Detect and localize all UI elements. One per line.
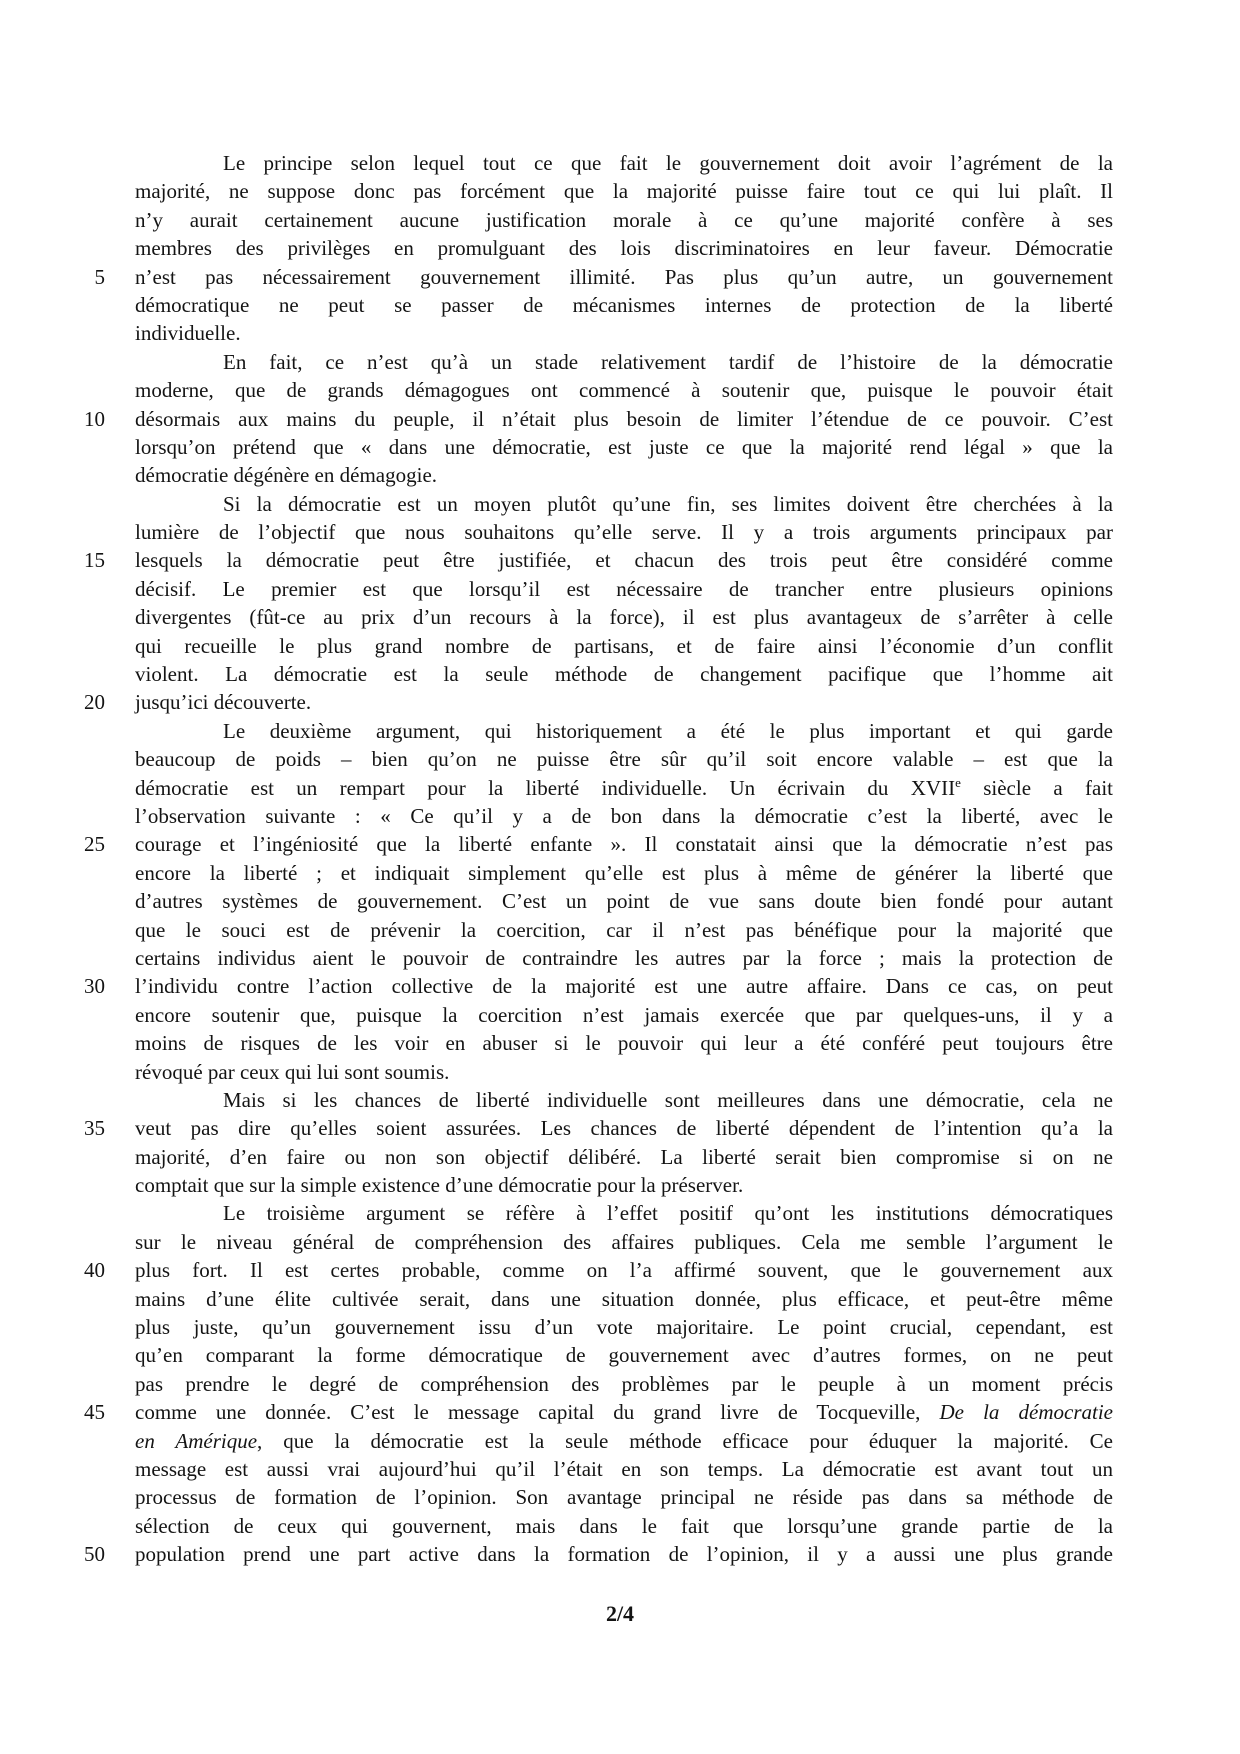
text-line: que le souci est de prévenir la coerciti… [135, 916, 1113, 944]
text-line: qu’en comparant la forme démocratique de… [135, 1341, 1113, 1369]
text-line: Le deuxième argument, qui historiquement… [135, 717, 1113, 745]
text-segment: plus fort. Il est certes probable, comme… [135, 1258, 1113, 1282]
line-number: 45 [84, 1398, 105, 1426]
text-segment: mains d’une élite cultivée serait, dans … [135, 1287, 1113, 1311]
text-line: sur le niveau général de compréhension d… [135, 1228, 1113, 1256]
line-number: 50 [84, 1540, 105, 1568]
text-line: pas prendre le degré de compréhension de… [135, 1370, 1113, 1398]
text-line: révoqué par ceux qui lui sont soumis. [135, 1058, 1113, 1086]
text-segment: comptait que sur la simple existence d’u… [135, 1173, 743, 1197]
text-segment: courage et l’ingéniosité que la liberté … [135, 832, 1113, 856]
text-segment: moderne, que de grands démagogues ont co… [135, 378, 1113, 402]
text-line: En fait, ce n’est qu’à un stade relative… [135, 348, 1113, 376]
line-number: 30 [84, 972, 105, 1000]
text-segment: l’individu contre l’action collective de… [135, 974, 1113, 998]
text-segment: encore soutenir que, puisque la coerciti… [135, 1003, 1113, 1027]
text-segment: sur le niveau général de compréhension d… [135, 1230, 1113, 1254]
text-line: 45comme une donnée. C’est le message cap… [135, 1398, 1113, 1426]
text-segment: comme une donnée. C’est le message capit… [135, 1400, 940, 1424]
text-line: 30l’individu contre l’action collective … [135, 972, 1113, 1000]
text-column: Le principe selon lequel tout ce que fai… [135, 149, 1113, 1569]
italic-text: en Amérique [135, 1429, 257, 1453]
text-line: violent. La démocratie est la seule méth… [135, 660, 1113, 688]
text-segment: démocratie est un rempart pour la libert… [135, 776, 955, 800]
line-number: 5 [95, 263, 106, 291]
text-segment: moins de risques de les voir en abuser s… [135, 1031, 1113, 1055]
text-line: lorsqu’on prétend que « dans une démocra… [135, 433, 1113, 461]
text-segment: que le souci est de prévenir la coerciti… [135, 918, 1113, 942]
text-line: qui recueille le plus grand nombre de pa… [135, 632, 1113, 660]
text-line: majorité, d’en faire ou non son objectif… [135, 1143, 1113, 1171]
text-segment: révoqué par ceux qui lui sont soumis. [135, 1060, 449, 1084]
text-line: moins de risques de les voir en abuser s… [135, 1029, 1113, 1057]
text-segment: violent. La démocratie est la seule méth… [135, 662, 1113, 686]
text-segment: n’y aurait certainement aucune justifica… [135, 208, 1113, 232]
document-page: Le principe selon lequel tout ce que fai… [0, 0, 1240, 1754]
page-footer: 2/4 [0, 1600, 1240, 1628]
text-line: 35veut pas dire qu’elles soient assurées… [135, 1114, 1113, 1142]
text-segment: plus juste, qu’un gouvernement issu d’un… [135, 1315, 1113, 1339]
text-line: lumière de l’objectif que nous souhaiton… [135, 518, 1113, 546]
text-segment: , que la démocratie est la seule méthode… [257, 1429, 1113, 1453]
text-line: l’observation suivante : « Ce qu’il y a … [135, 802, 1113, 830]
text-segment: veut pas dire qu’elles soient assurées. … [135, 1116, 1113, 1140]
text-segment: décisif. Le premier est que lorsqu’il es… [135, 577, 1113, 601]
line-number: 15 [84, 546, 105, 574]
line-number: 35 [84, 1114, 105, 1142]
text-segment: processus de formation de l’opinion. Son… [135, 1485, 1113, 1509]
text-line: 20jusqu’ici découverte. [135, 688, 1113, 716]
text-segment: certains individus aient le pouvoir de c… [135, 946, 1113, 970]
text-segment: individuelle. [135, 321, 241, 345]
text-line: mains d’une élite cultivée serait, dans … [135, 1285, 1113, 1313]
text-line: moderne, que de grands démagogues ont co… [135, 376, 1113, 404]
text-segment: jusqu’ici découverte. [135, 690, 311, 714]
text-segment: qu’en comparant la forme démocratique de… [135, 1343, 1113, 1367]
text-line: processus de formation de l’opinion. Son… [135, 1483, 1113, 1511]
text-line: Si la démocratie est un moyen plutôt qu’… [135, 490, 1113, 518]
page-number: 2/4 [606, 1601, 634, 1626]
text-segment: En fait, ce n’est qu’à un stade relative… [223, 350, 1113, 374]
text-line: en Amérique, que la démocratie est la se… [135, 1427, 1113, 1455]
text-line: décisif. Le premier est que lorsqu’il es… [135, 575, 1113, 603]
text-line: divergentes (fût-ce au prix d’un recours… [135, 603, 1113, 631]
text-segment: majorité, ne suppose donc pas forcément … [135, 179, 1113, 203]
text-line: encore la liberté ; et indiquait simplem… [135, 859, 1113, 887]
text-segment: Si la démocratie est un moyen plutôt qu’… [223, 492, 1113, 516]
text-line: plus juste, qu’un gouvernement issu d’un… [135, 1313, 1113, 1341]
text-segment: message est aussi vrai aujourd’hui qu’il… [135, 1457, 1113, 1481]
text-line: d’autres systèmes de gouvernement. C’est… [135, 887, 1113, 915]
text-segment: sélection de ceux qui gouvernent, mais d… [135, 1514, 1113, 1538]
text-line: 15lesquels la démocratie peut être justi… [135, 546, 1113, 574]
text-segment: Mais si les chances de liberté individue… [223, 1088, 1113, 1112]
text-line: message est aussi vrai aujourd’hui qu’il… [135, 1455, 1113, 1483]
text-line: 5n’est pas nécessairement gouvernement i… [135, 263, 1113, 291]
text-line: beaucoup de poids – bien qu’on ne puisse… [135, 745, 1113, 773]
text-segment: qui recueille le plus grand nombre de pa… [135, 634, 1113, 658]
text-line: certains individus aient le pouvoir de c… [135, 944, 1113, 972]
text-segment: Le deuxième argument, qui historiquement… [223, 719, 1113, 743]
text-segment: beaucoup de poids – bien qu’on ne puisse… [135, 747, 1113, 771]
text-segment: lumière de l’objectif que nous souhaiton… [135, 520, 1113, 544]
text-line: 50population prend une part active dans … [135, 1540, 1113, 1568]
text-line: démocratique ne peut se passer de mécani… [135, 291, 1113, 319]
line-number: 25 [84, 830, 105, 858]
text-segment: membres des privilèges en promulguant de… [135, 236, 1113, 260]
text-segment: lesquels la démocratie peut être justifi… [135, 548, 1113, 572]
text-line: 40plus fort. Il est certes probable, com… [135, 1256, 1113, 1284]
text-line: membres des privilèges en promulguant de… [135, 234, 1113, 262]
line-number: 40 [84, 1256, 105, 1284]
text-segment: l’observation suivante : « Ce qu’il y a … [135, 804, 1113, 828]
text-segment: désormais aux mains du peuple, il n’étai… [135, 407, 1113, 431]
text-line: Le principe selon lequel tout ce que fai… [135, 149, 1113, 177]
text-segment: divergentes (fût-ce au prix d’un recours… [135, 605, 1113, 629]
text-segment: Le troisième argument se réfère à l’effe… [223, 1201, 1113, 1225]
text-segment: n’est pas nécessairement gouvernement il… [135, 265, 1113, 289]
text-line: individuelle. [135, 319, 1113, 347]
italic-text: De la démocratie [940, 1400, 1113, 1424]
text-segment: population prend une part active dans la… [135, 1542, 1113, 1566]
text-line: encore soutenir que, puisque la coerciti… [135, 1001, 1113, 1029]
text-line: 25courage et l’ingéniosité que la libert… [135, 830, 1113, 858]
text-segment: lorsqu’on prétend que « dans une démocra… [135, 435, 1113, 459]
text-segment: Le principe selon lequel tout ce que fai… [223, 151, 1113, 175]
text-segment: siècle a fait [961, 776, 1113, 800]
text-line: Le troisième argument se réfère à l’effe… [135, 1199, 1113, 1227]
text-line: n’y aurait certainement aucune justifica… [135, 206, 1113, 234]
text-segment: démocratie dégénère en démagogie. [135, 463, 437, 487]
line-number: 10 [84, 405, 105, 433]
text-segment: pas prendre le degré de compréhension de… [135, 1372, 1113, 1396]
text-line: comptait que sur la simple existence d’u… [135, 1171, 1113, 1199]
line-number: 20 [84, 688, 105, 716]
text-line: démocratie est un rempart pour la libert… [135, 774, 1113, 802]
text-segment: d’autres systèmes de gouvernement. C’est… [135, 889, 1113, 913]
text-line: majorité, ne suppose donc pas forcément … [135, 177, 1113, 205]
text-line: sélection de ceux qui gouvernent, mais d… [135, 1512, 1113, 1540]
text-line: démocratie dégénère en démagogie. [135, 461, 1113, 489]
text-line: 10désormais aux mains du peuple, il n’ét… [135, 405, 1113, 433]
text-segment: majorité, d’en faire ou non son objectif… [135, 1145, 1113, 1169]
text-segment: démocratique ne peut se passer de mécani… [135, 293, 1113, 317]
text-segment: encore la liberté ; et indiquait simplem… [135, 861, 1113, 885]
text-line: Mais si les chances de liberté individue… [135, 1086, 1113, 1114]
